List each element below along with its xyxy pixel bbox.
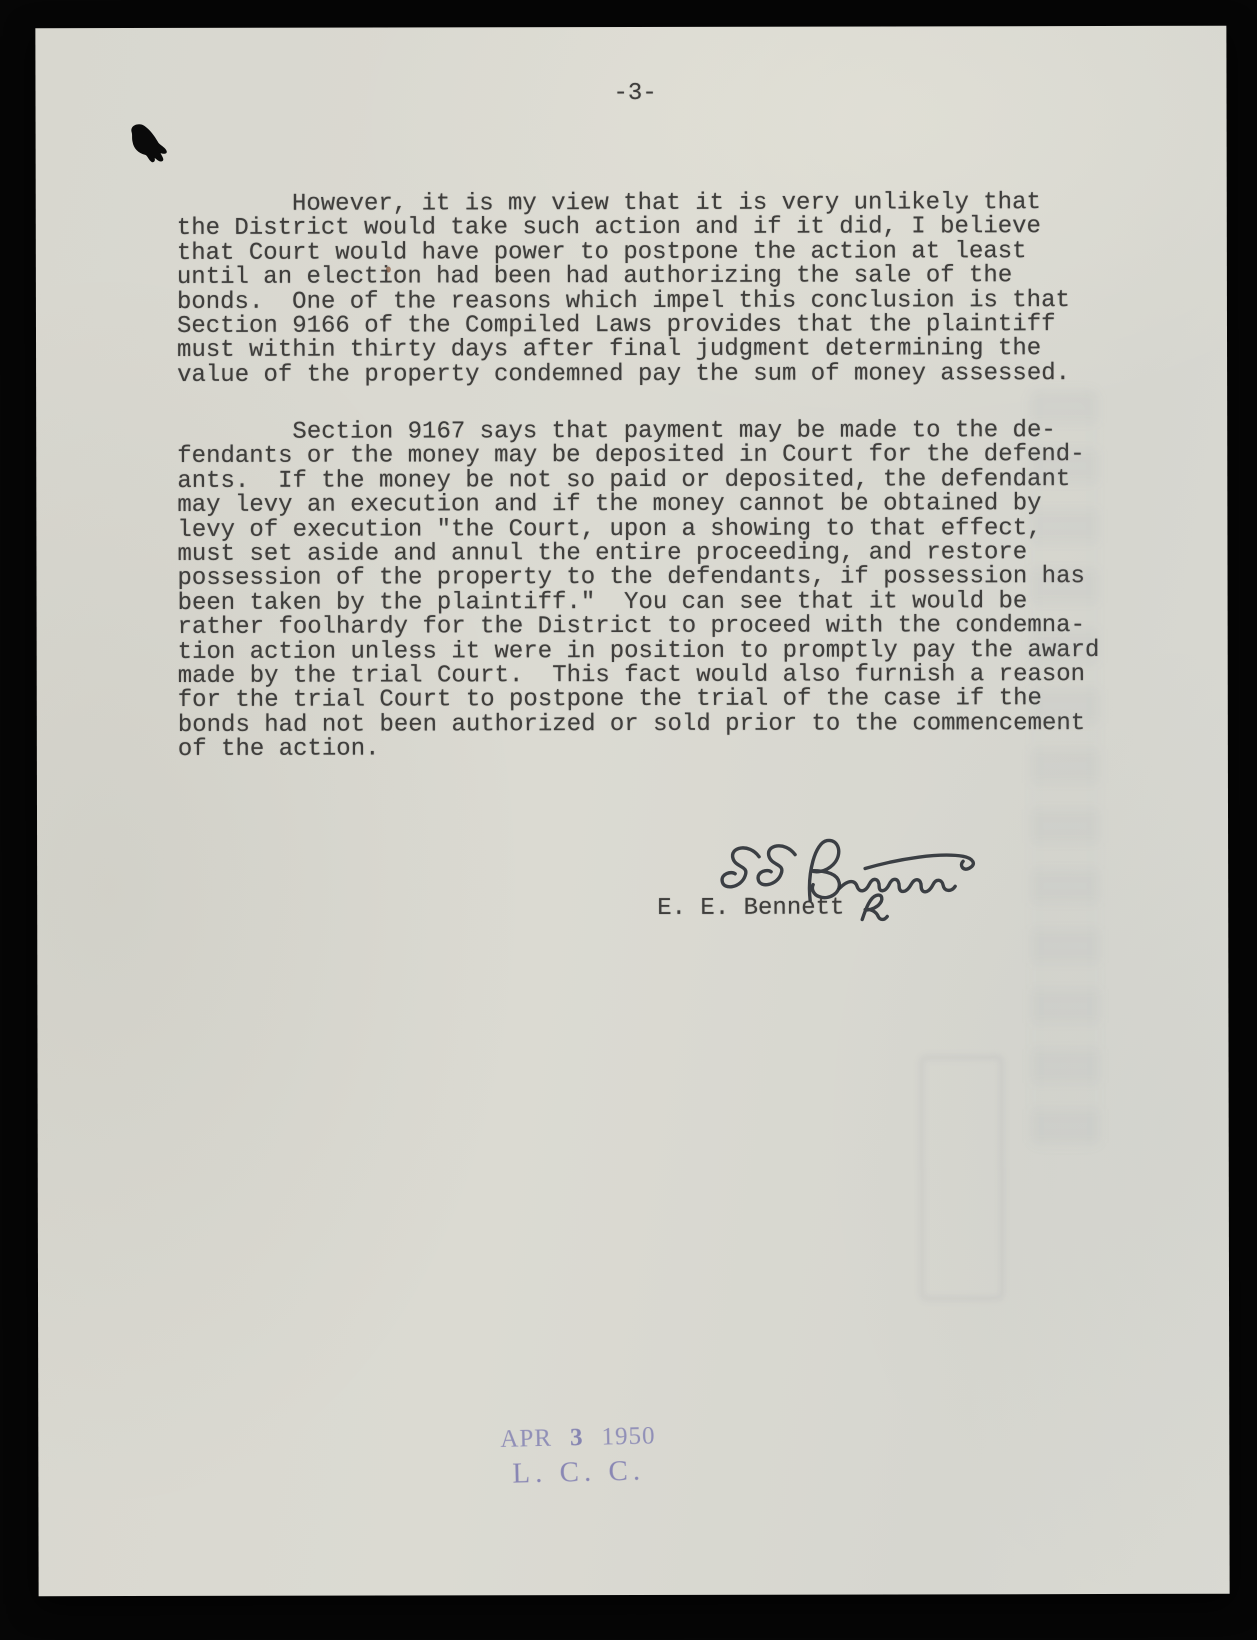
paragraph-1: However, it is my view that it is very u… (177, 191, 1070, 388)
scan-background: -3- However, it is my view that it is ve… (0, 0, 1257, 1640)
stamp-org: L. C. C. (463, 1453, 694, 1491)
paper-hole (126, 122, 172, 164)
stamp-date-line: APR31950 (463, 1421, 694, 1454)
handwritten-initial (856, 889, 892, 925)
stamp-year: 1950 (601, 1422, 656, 1450)
typed-line: of the action. (178, 736, 1100, 762)
bleedthrough-artifact (919, 1054, 1006, 1301)
paragraph-2: Section 9167 says that payment may be ma… (177, 419, 1099, 763)
stamp-day: 3 (570, 1424, 584, 1451)
stamp-month: APR (500, 1425, 552, 1453)
document-page: -3- However, it is my view that it is ve… (35, 26, 1229, 1596)
typed-line: bonds had not been authorized or sold pr… (178, 712, 1100, 738)
typed-signature-name: E. E. Bennett (657, 897, 844, 922)
page-number: -3- (613, 82, 656, 106)
typed-line: value of the property condemned pay the … (177, 362, 1070, 388)
date-stamp: APR31950 L. C. C. (463, 1421, 694, 1491)
